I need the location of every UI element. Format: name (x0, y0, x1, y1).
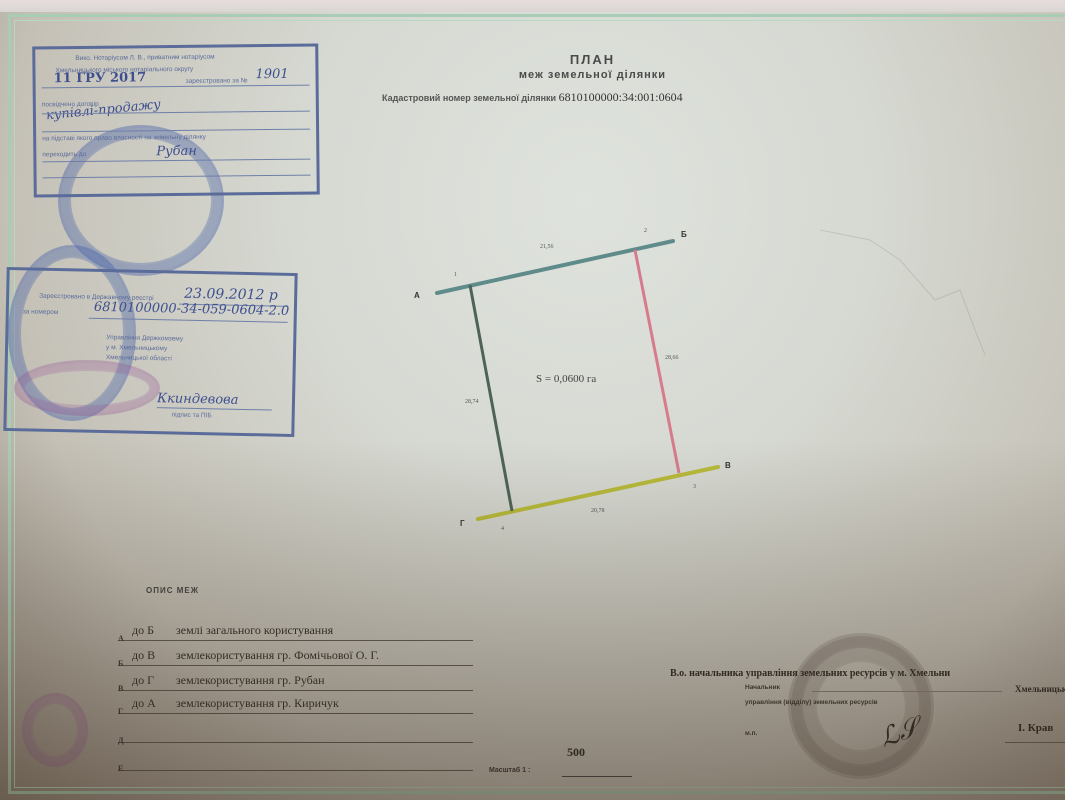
watermark-map-outline (820, 230, 985, 355)
point-number-2: 2 (644, 228, 647, 234)
boundary-row-to: до А (132, 696, 156, 711)
signoff-position: Начальник (745, 684, 780, 691)
signoff-department: управління (відділу) земельних ресурсів (745, 699, 878, 706)
boundary-row: Е (118, 750, 473, 771)
point-label-b: Б (681, 230, 687, 239)
edge-length-g-a: 28,74 (465, 399, 479, 405)
boundary-row-letter: Г (118, 707, 123, 716)
boundary-row-letter: А (118, 634, 124, 643)
point-number-4: 4 (501, 526, 504, 532)
edge-length-v-g: 20,78 (591, 508, 605, 514)
point-number-3: 3 (693, 484, 696, 490)
edge-length-a-b: 21,56 (540, 244, 554, 250)
boundary-row-letter: В (118, 684, 123, 693)
boundaries-title: ОПИС МЕЖ (146, 586, 199, 595)
document-sheet: ПЛАН меж земельної ділянки Кадастровий н… (0, 0, 1065, 800)
boundary-edge-g-a (470, 285, 512, 511)
boundary-row-to: до Б (132, 623, 154, 638)
scale-label: Масштаб 1 : (489, 767, 530, 774)
boundary-row-description: землекористування гр. Фомічьової О. Г. (176, 648, 379, 663)
scale-rule (562, 776, 632, 777)
boundary-row-letter: Б (118, 659, 123, 668)
boundary-row: Вдо Гземлекористування гр. Рубан (118, 670, 473, 691)
boundary-row: Д (118, 722, 473, 743)
faint-stamp-mark (22, 693, 88, 767)
boundary-row-description: землі загального користування (176, 623, 333, 638)
boundary-row: Адо Бземлі загального користування (118, 620, 473, 641)
point-label-v: В (725, 461, 731, 470)
point-number-1: 1 (454, 272, 457, 278)
point-label-a: А (414, 291, 420, 300)
edge-length-b-v: 28,66 (665, 355, 679, 361)
signoff-rule (812, 691, 1002, 692)
boundary-row-description: землекористування гр. Рубан (176, 673, 325, 688)
signoff-position-right: Хмельницьк (1015, 684, 1065, 694)
signoff-name: І. Крав (1018, 722, 1053, 734)
boundary-row-letter: Д (118, 736, 124, 745)
boundary-row: Гдо Аземлекористування гр. Киричук (118, 693, 473, 714)
seal-place-label: м.п. (745, 730, 757, 737)
signoff-round-seal (788, 633, 934, 779)
signoff-name-rule (1005, 742, 1065, 743)
boundary-row-letter: Е (118, 764, 123, 773)
boundary-edge-b-v (635, 250, 679, 473)
boundary-row-to: до Г (132, 673, 154, 688)
scale-value: 500 (567, 745, 585, 760)
point-label-g: Г (460, 519, 465, 528)
boundary-row-to: до В (132, 648, 155, 663)
signoff-heading: В.о. начальника управління земельних рес… (670, 668, 950, 679)
plot-area-label: S = 0,0600 га (536, 373, 596, 385)
boundary-row-description: землекористування гр. Киричук (176, 696, 339, 711)
boundary-row: Бдо Вземлекористування гр. Фомічьової О.… (118, 645, 473, 666)
